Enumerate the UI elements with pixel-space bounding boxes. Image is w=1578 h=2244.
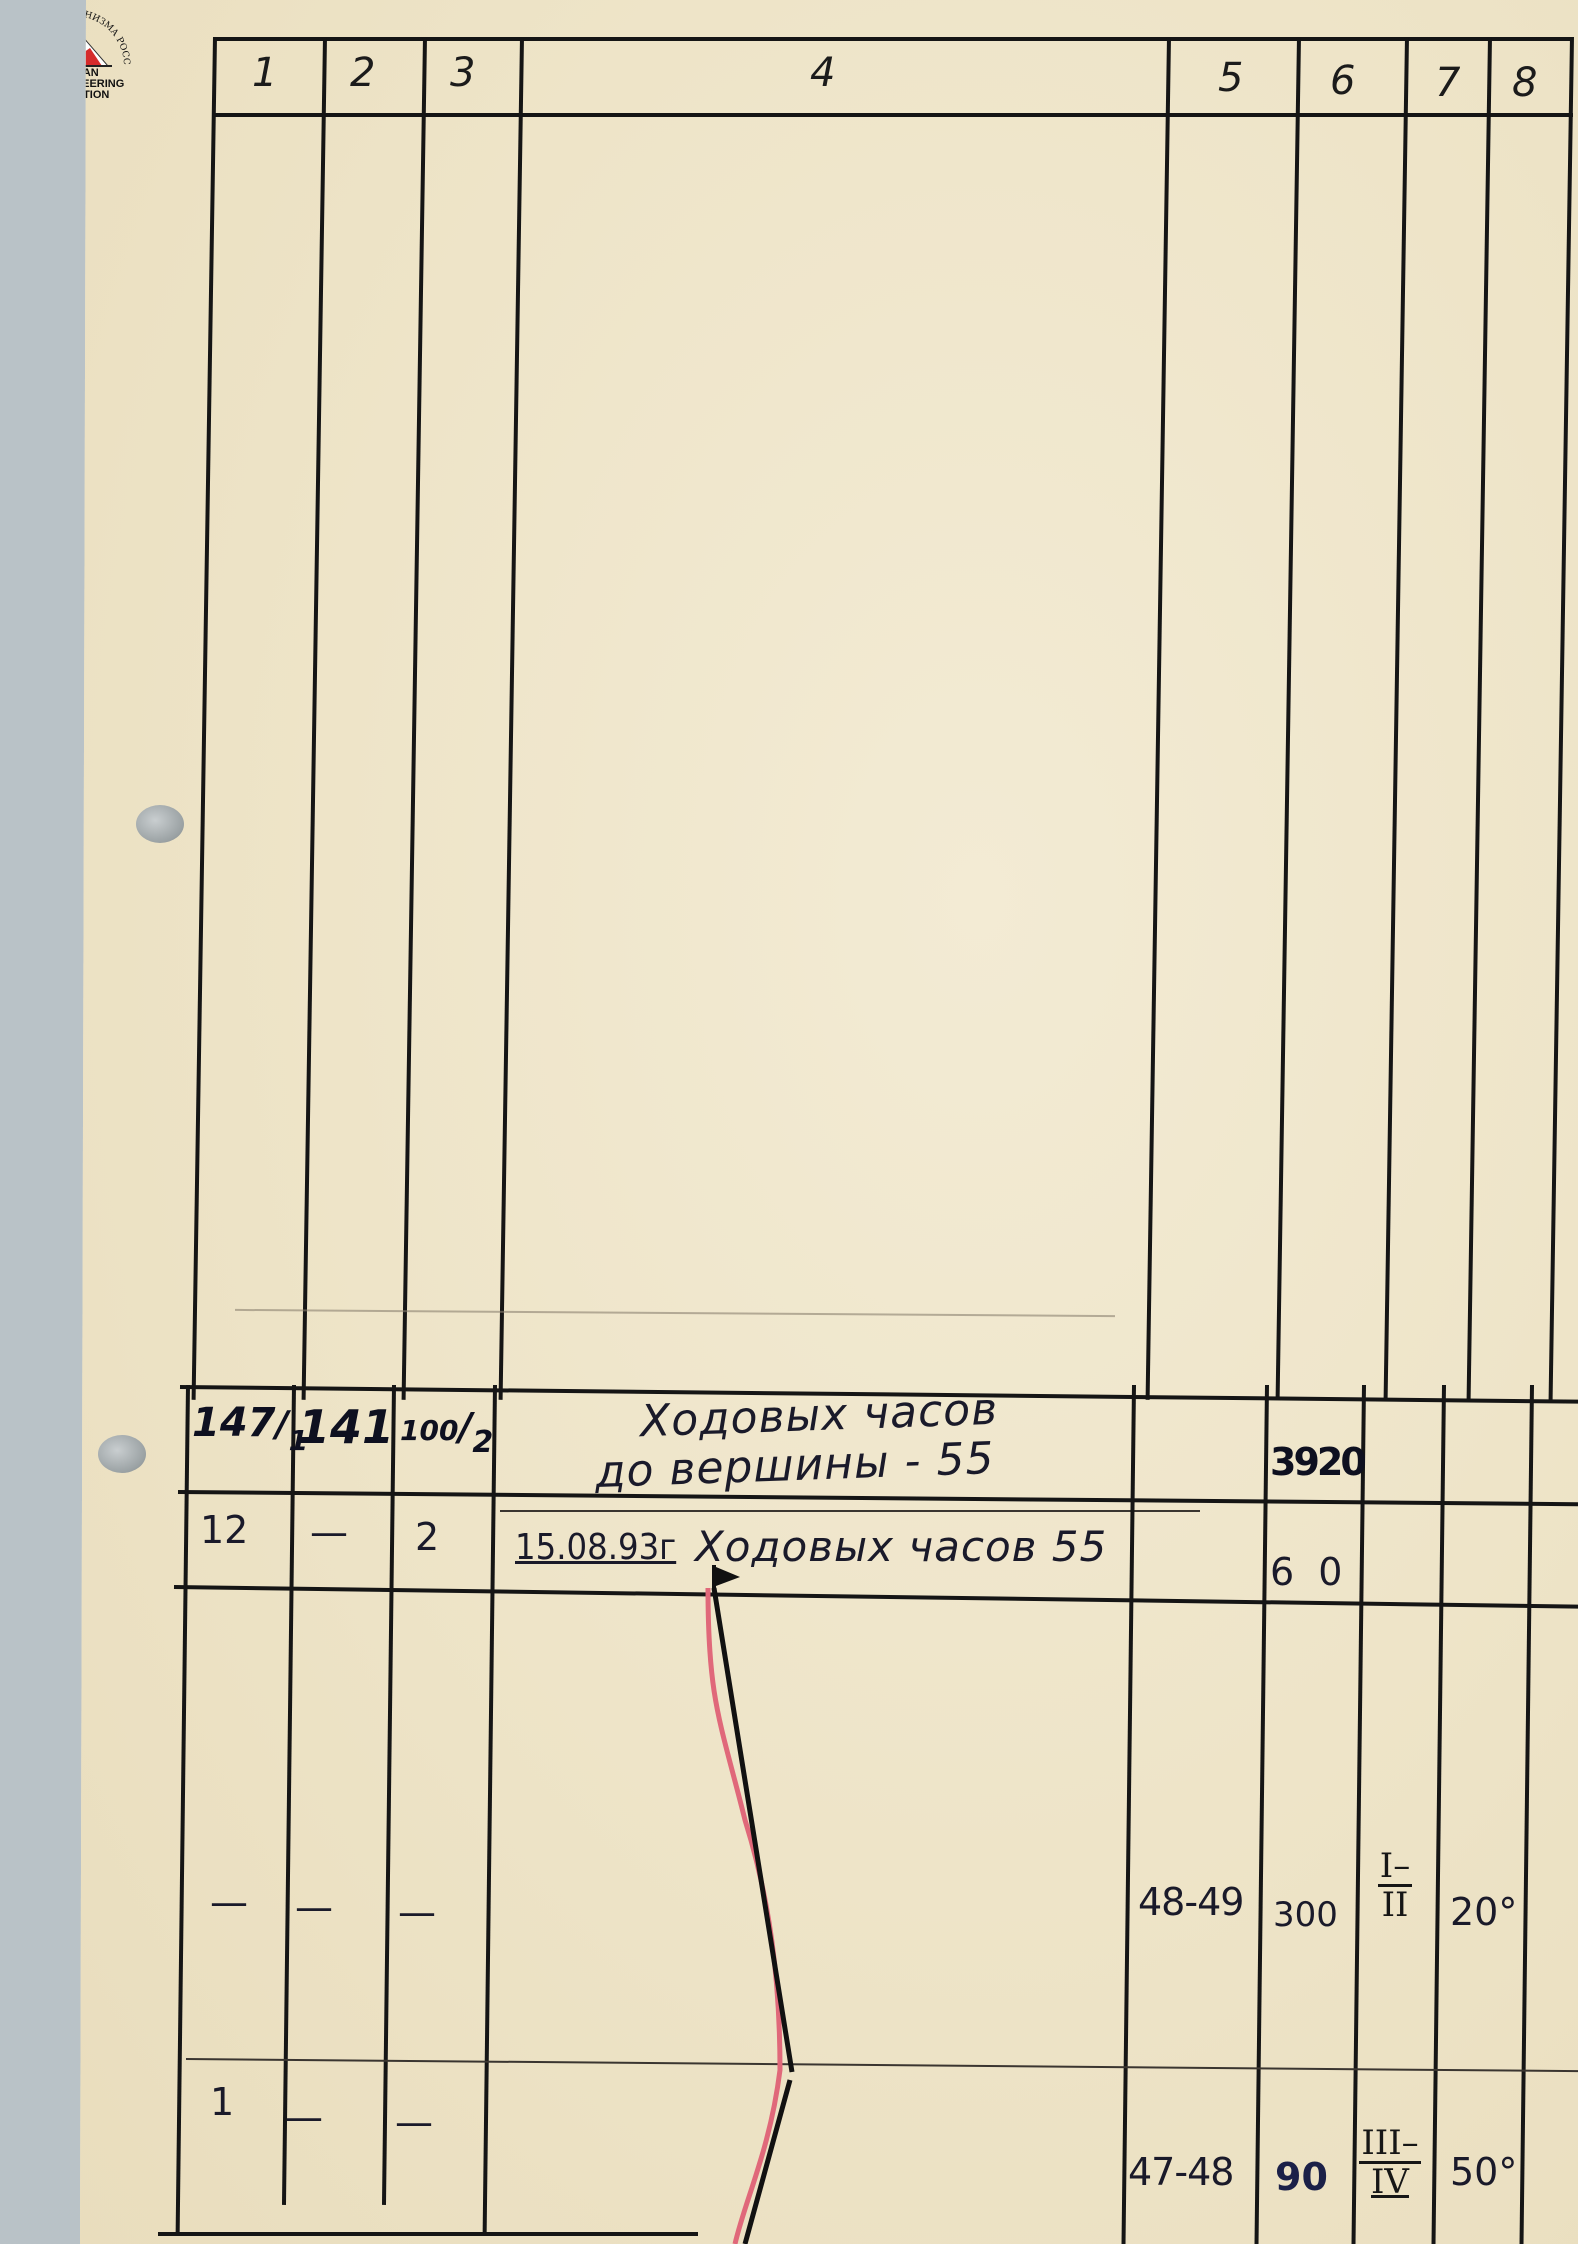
route-drawing (80, 0, 1578, 2244)
summit-flag-icon (716, 1567, 740, 1586)
document-page: ФЕДЕРАЦИЯ АЛЬПИНИЗМА РОССИИ RUSSIAN MOUN… (80, 0, 1578, 2244)
black-route-line (714, 1588, 792, 2244)
